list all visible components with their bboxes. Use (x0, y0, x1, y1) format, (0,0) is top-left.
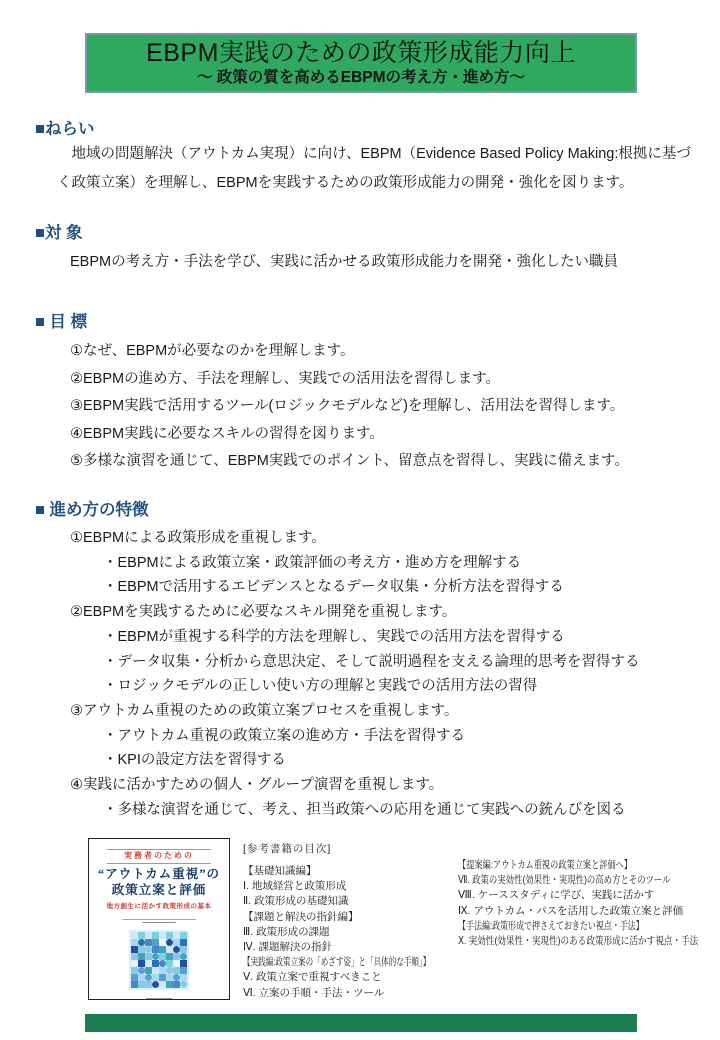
mosaic-cell (159, 939, 166, 946)
mosaic-cell (173, 981, 180, 988)
mosaic-cell (145, 939, 152, 946)
book-title-line2: 政策立案と評価 (112, 883, 207, 898)
section-heading-goals: ■ 目 標 (35, 308, 87, 332)
reference-toc-center: [参考書籍の目次] 【基礎知識編】Ⅰ. 地域経営と政策形成Ⅱ. 政策形成の基礎知… (243, 842, 458, 1001)
mosaic-cell (180, 946, 187, 953)
mosaic-cell (131, 981, 138, 988)
mosaic-cell (138, 946, 145, 953)
toc-item: Ⅴ. 政策立案で重視すべきこと (243, 970, 458, 985)
mosaic-cell (131, 946, 138, 953)
mosaic-cell (159, 974, 166, 981)
mosaic-cell (138, 974, 145, 981)
feature-item: ④実践に活かすための個人・グループ演習を重視します。 (70, 773, 700, 798)
feature-item: ・KPIの設定方法を習得する (70, 748, 700, 773)
toc-item: 【実践編:政策立案の「めざす姿」と「具体的な手順」】 (243, 955, 458, 970)
mosaic-cell (159, 960, 166, 967)
book-title-line1: “アウトカム重視”の (98, 867, 220, 882)
mosaic-cell (173, 967, 180, 974)
book-tagline: 実務者のための (124, 851, 194, 861)
mosaic-cell (173, 974, 180, 981)
toc-item: Ⅹ. 実効性(効果性・実現性)のある政策形成に活かす視点・手法 (458, 934, 713, 949)
mosaic-cell (166, 939, 173, 946)
feature-item: ①EBPMによる政策形成を重視します。 (70, 526, 700, 551)
goal-item: ①なぜ、EBPMが必要なのかを理解します。 (70, 338, 690, 366)
mosaic-cell (138, 981, 145, 988)
mosaic-cell (173, 953, 180, 960)
feature-item: ・アウトカム重視の政策立案の進め方・手法を習得する (70, 724, 700, 749)
mosaic-cell (152, 953, 159, 960)
book-mosaic-art (129, 930, 189, 990)
mosaic-cell (152, 932, 159, 939)
features-list: ①EBPMによる政策形成を重視します。・EBPMによる政策立案・政策評価の考え方… (70, 526, 700, 822)
mosaic-cell (180, 939, 187, 946)
mosaic-cell (152, 960, 159, 967)
title-banner: EBPM実践のための政策形成能力向上 ～ 政策の質を高めるEBPMの考え方・進め… (85, 33, 637, 93)
goal-list: ①なぜ、EBPMが必要なのかを理解します。②EBPMの進め方、手法を理解し、実践… (70, 338, 690, 476)
mosaic-cell (138, 967, 145, 974)
section-heading-aim: ■ねらい (35, 115, 94, 139)
feature-item: ・データ収集・分析から意思決定、そして説明過程を支える論理的思考を習得する (70, 650, 700, 675)
mosaic-cell (145, 967, 152, 974)
document-subtitle: ～ 政策の質を高めるEBPMの考え方・進め方～ (87, 68, 635, 88)
toc-item: Ⅰ. 地域経営と政策形成 (243, 879, 458, 894)
mosaic-cell (166, 932, 173, 939)
reference-book-cover: 実務者のための “アウトカム重視”の 政策立案と評価 地方創生に活かす政策形成の… (88, 838, 230, 1000)
mosaic-cell (173, 939, 180, 946)
toc-item: Ⅶ. 政策の実効性(効果性・実現性)の高め方とそのツール (458, 873, 713, 888)
mosaic-cell (152, 946, 159, 953)
mosaic-cell (152, 974, 159, 981)
toc-item: Ⅷ. ケーススタディに学び、実践に活かす (458, 888, 713, 903)
mosaic-cell (166, 946, 173, 953)
mosaic-cell (145, 981, 152, 988)
mosaic-cell (152, 939, 159, 946)
feature-item: ・EBPMによる政策立案・政策評価の考え方・進め方を理解する (70, 551, 700, 576)
mosaic-cell (138, 939, 145, 946)
feature-item: ③アウトカム重視のための政策立案プロセスを重視します。 (70, 699, 700, 724)
mosaic-cell (166, 960, 173, 967)
aim-body-text: 地域の問題解決（アウトカム実現）に向け、EBPM（Evidence Based … (57, 140, 705, 198)
mosaic-cell (166, 967, 173, 974)
mosaic-cell (152, 967, 159, 974)
mosaic-cell (145, 974, 152, 981)
reference-toc-right: 【提案編:アウトカム重視の政策立案と評価へ】Ⅶ. 政策の実効性(効果性・実現性)… (458, 858, 713, 949)
goal-item: ⑤多様な演習を通じて、EBPM実践でのポイント、留意点を習得し、実践に備えます。 (70, 448, 690, 476)
mosaic-cell (131, 974, 138, 981)
section-heading-features: ■ 進め方の特徴 (35, 496, 149, 520)
mosaic-cell (145, 932, 152, 939)
mosaic-cell (131, 939, 138, 946)
mosaic-cell (138, 960, 145, 967)
mosaic-cell (180, 960, 187, 967)
mosaic-cell (131, 967, 138, 974)
feature-item: ・EBPMで活用するエビデンスとなるデータ収集・分析方法を習得する (70, 575, 700, 600)
toc-item: Ⅵ. 立案の手順・手法・ツール (243, 986, 458, 1001)
section-heading-target: ■対 象 (35, 219, 83, 243)
mosaic-cell (145, 946, 152, 953)
goal-item: ④EBPM実践に必要なスキルの習得を図ります。 (70, 421, 690, 449)
footer-bar (85, 1014, 637, 1032)
mosaic-cell (180, 967, 187, 974)
mosaic-cell (159, 981, 166, 988)
mosaic-cell (180, 932, 187, 939)
mosaic-cell (173, 960, 180, 967)
mosaic-cell (166, 974, 173, 981)
feature-item: ②EBPMを実践するために必要なスキル開発を重視します。 (70, 600, 700, 625)
mosaic-cell (159, 953, 166, 960)
document-page: EBPM実践のための政策形成能力向上 ～ 政策の質を高めるEBPMの考え方・進め… (0, 0, 720, 1040)
document-title: EBPM実践のための政策形成能力向上 (87, 39, 635, 68)
toc-left-list: 【基礎知識編】Ⅰ. 地域経営と政策形成Ⅱ. 政策形成の基礎知識【課題と解決の指針… (243, 864, 458, 1001)
mosaic-cell (166, 981, 173, 988)
book-publisher-mark (146, 998, 172, 999)
mosaic-cell (138, 953, 145, 960)
toc-item: 【手法編:政策形成で押さえておきたい視点・手法】 (458, 919, 713, 934)
target-body-text: EBPMの考え方・手法を学び、実践に活かせる政策形成能力を開発・強化したい職員 (70, 251, 690, 273)
toc-item: Ⅲ. 政策形成の課題 (243, 925, 458, 940)
mosaic-cell (166, 953, 173, 960)
toc-item: 【提案編:アウトカム重視の政策立案と評価へ】 (458, 858, 713, 873)
mosaic-cell (159, 967, 166, 974)
toc-item: Ⅸ. アウトカム・パスを活用した政策立案と評価 (458, 904, 713, 919)
mosaic-cell (152, 981, 159, 988)
mosaic-cell (173, 946, 180, 953)
mosaic-cell (131, 953, 138, 960)
feature-item: ・ロジックモデルの正しい使い方の理解と実践での活用方法の習得 (70, 674, 700, 699)
toc-item: 【基礎知識編】 (243, 864, 458, 879)
mosaic-cell (173, 932, 180, 939)
mosaic-cell (145, 960, 152, 967)
mosaic-cell (131, 932, 138, 939)
mosaic-cell (159, 946, 166, 953)
mosaic-cell (138, 932, 145, 939)
mosaic-cell (180, 974, 187, 981)
mosaic-cell (180, 953, 187, 960)
toc-item: 【課題と解決の指針編】 (243, 910, 458, 925)
toc-item: Ⅳ. 課題解決の指針 (243, 940, 458, 955)
goal-item: ③EBPM実践で活用するツール(ロジックモデルなど)を理解し、活用法を習得します… (70, 393, 690, 421)
feature-item: ・EBPMが重視する科学的方法を理解し、実践での活用方法を習得する (70, 625, 700, 650)
mosaic-cell (145, 953, 152, 960)
toc-item: Ⅱ. 政策形成の基礎知識 (243, 894, 458, 909)
mosaic-cell (131, 960, 138, 967)
feature-item: ・多様な演習を通じて、考え、担当政策への応用を通じて実践への銃んびを図る (70, 798, 700, 823)
book-subtitle: 地方創生に活かす政策形成の基本 (107, 901, 212, 910)
mosaic-cell (180, 981, 187, 988)
toc-title: [参考書籍の目次] (243, 842, 458, 856)
mosaic-cell (159, 932, 166, 939)
goal-item: ②EBPMの進め方、手法を理解し、実践での活用法を習得します。 (70, 366, 690, 394)
